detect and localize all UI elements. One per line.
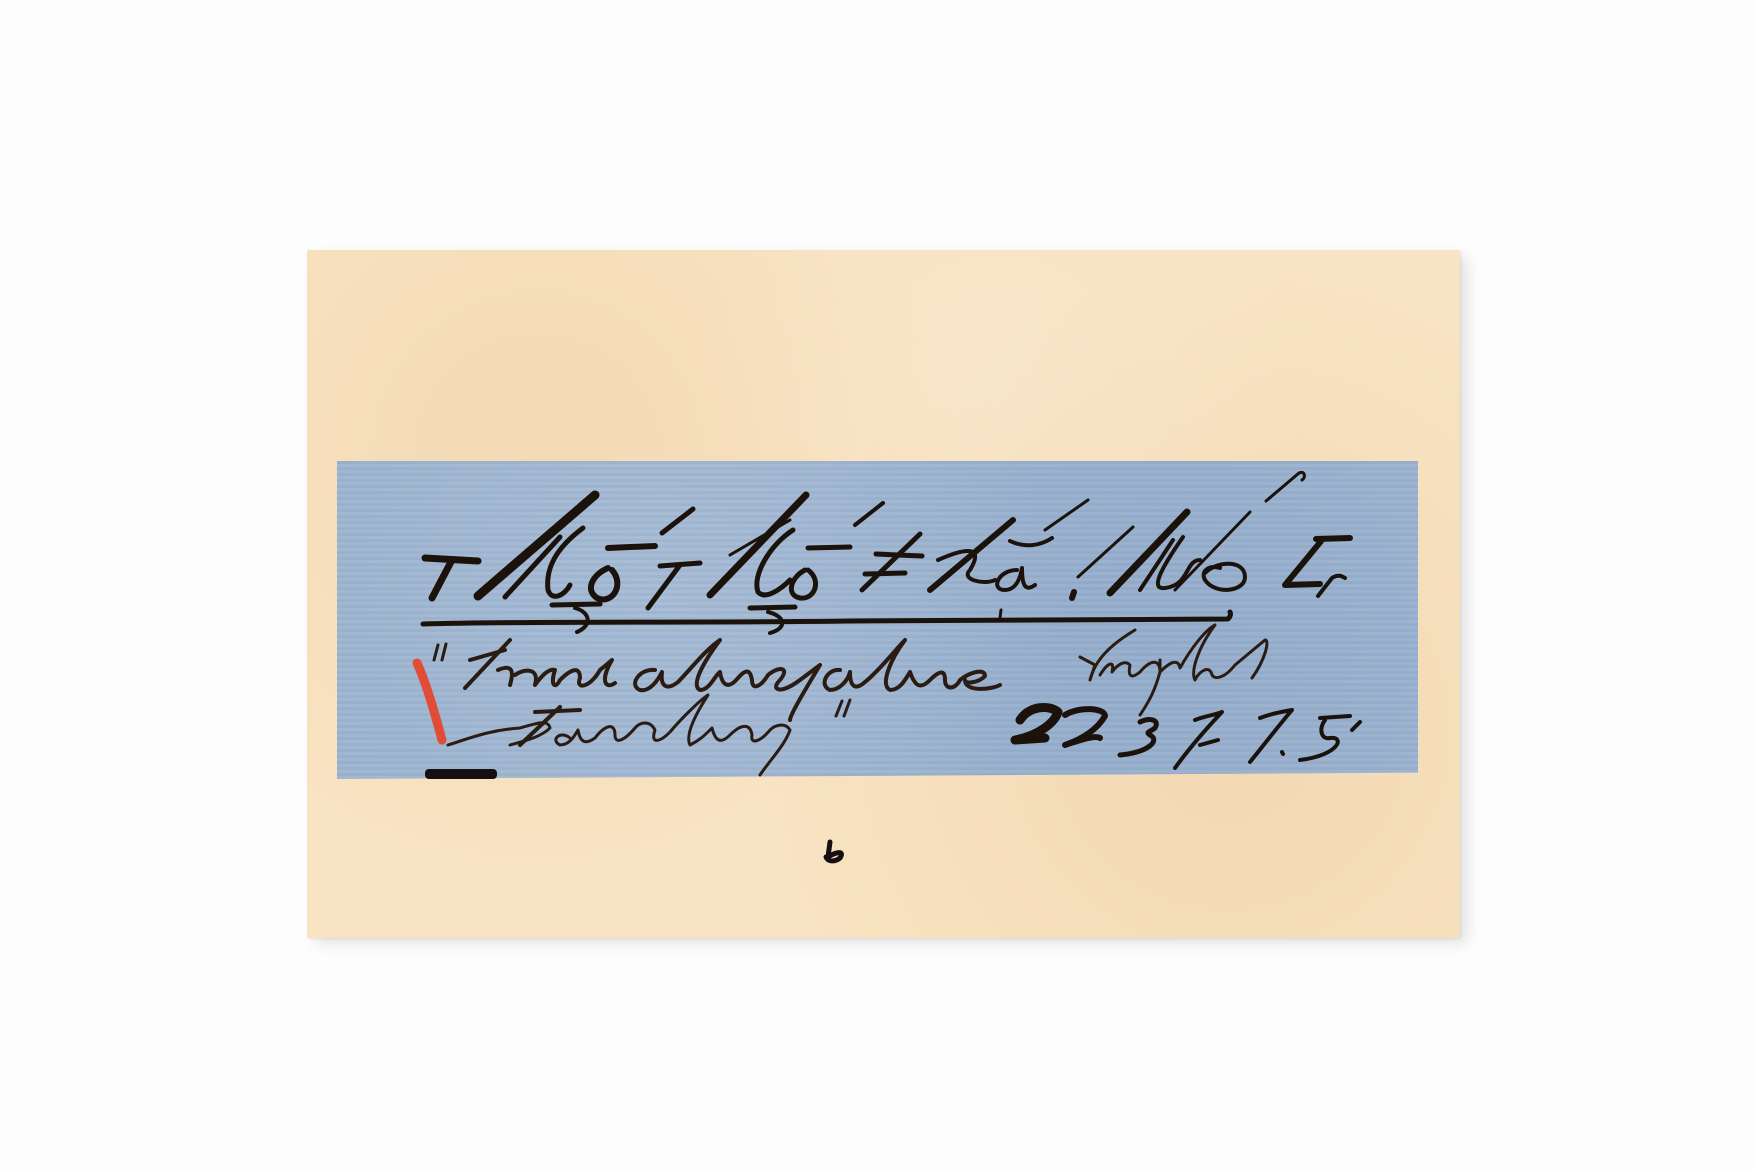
blue-paper-slip <box>337 461 1418 779</box>
